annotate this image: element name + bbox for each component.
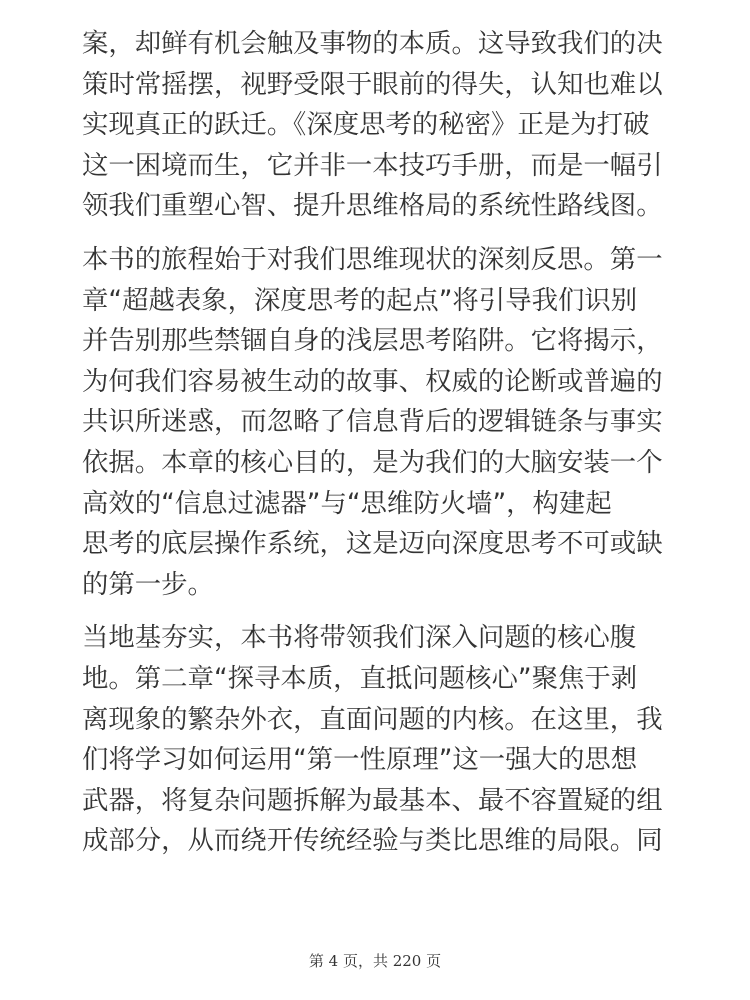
text-line: 共识所迷惑，而忽略了信息背后的逻辑链条与事实	[82, 402, 668, 443]
document-body: 案，却鲜有机会触及事物的本质。这导致我们的决 策时常摇摆，视野受限于眼前的得失，…	[82, 24, 668, 875]
text-line: 武器，将复杂问题拆解为最基本、最不容置疑的组	[82, 781, 668, 822]
text-line: 章“超越表象，深度思考的起点”将引导我们识别	[82, 281, 668, 322]
text-line: 成部分，从而绕开传统经验与类比思维的局限。同	[82, 821, 668, 862]
paragraph-2: 本书的旅程始于对我们思维现状的深刻反思。第一 章“超越表象，深度思考的起点”将引…	[82, 240, 668, 605]
text-line: 为何我们容易被生动的故事、权威的论断或普遍的	[82, 362, 668, 403]
text-line: 当地基夯实，本书将带领我们深入问题的核心腹	[82, 618, 668, 659]
text-line: 的第一步。	[82, 565, 668, 606]
page-number-footer: 第 4 页，共 220 页	[0, 950, 750, 971]
paragraph-3: 当地基夯实，本书将带领我们深入问题的核心腹 地。第二章“探寻本质，直抵问题核心”…	[82, 618, 668, 862]
text-line: 领我们重塑心智、提升思维格局的系统性路线图。	[82, 186, 668, 227]
text-line: 案，却鲜有机会触及事物的本质。这导致我们的决	[82, 24, 668, 65]
text-line: 实现真正的跃迁。《深度思考的秘密》正是为打破	[82, 105, 668, 146]
document-page: 案，却鲜有机会触及事物的本质。这导致我们的决 策时常摇摆，视野受限于眼前的得失，…	[0, 0, 750, 1000]
text-line: 思考的底层操作系统，这是迈向深度思考不可或缺	[82, 524, 668, 565]
text-line: 这一困境而生，它并非一本技巧手册，而是一幅引	[82, 146, 668, 187]
text-line: 离现象的繁杂外衣，直面问题的内核。在这里，我	[82, 700, 668, 741]
text-line: 依据。本章的核心目的，是为我们的大脑安装一个	[82, 443, 668, 484]
text-line: 策时常摇摆，视野受限于眼前的得失，认知也难以	[82, 65, 668, 106]
text-line: 高效的“信息过滤器”与“思维防火墙”，构建起	[82, 484, 668, 525]
paragraph-1: 案，却鲜有机会触及事物的本质。这导致我们的决 策时常摇摆，视野受限于眼前的得失，…	[82, 24, 668, 227]
text-line: 们将学习如何运用“第一性原理”这一强大的思想	[82, 740, 668, 781]
text-line: 地。第二章“探寻本质，直抵问题核心”聚焦于剥	[82, 659, 668, 700]
text-line: 本书的旅程始于对我们思维现状的深刻反思。第一	[82, 240, 668, 281]
text-line: 并告别那些禁锢自身的浅层思考陷阱。它将揭示，	[82, 321, 668, 362]
